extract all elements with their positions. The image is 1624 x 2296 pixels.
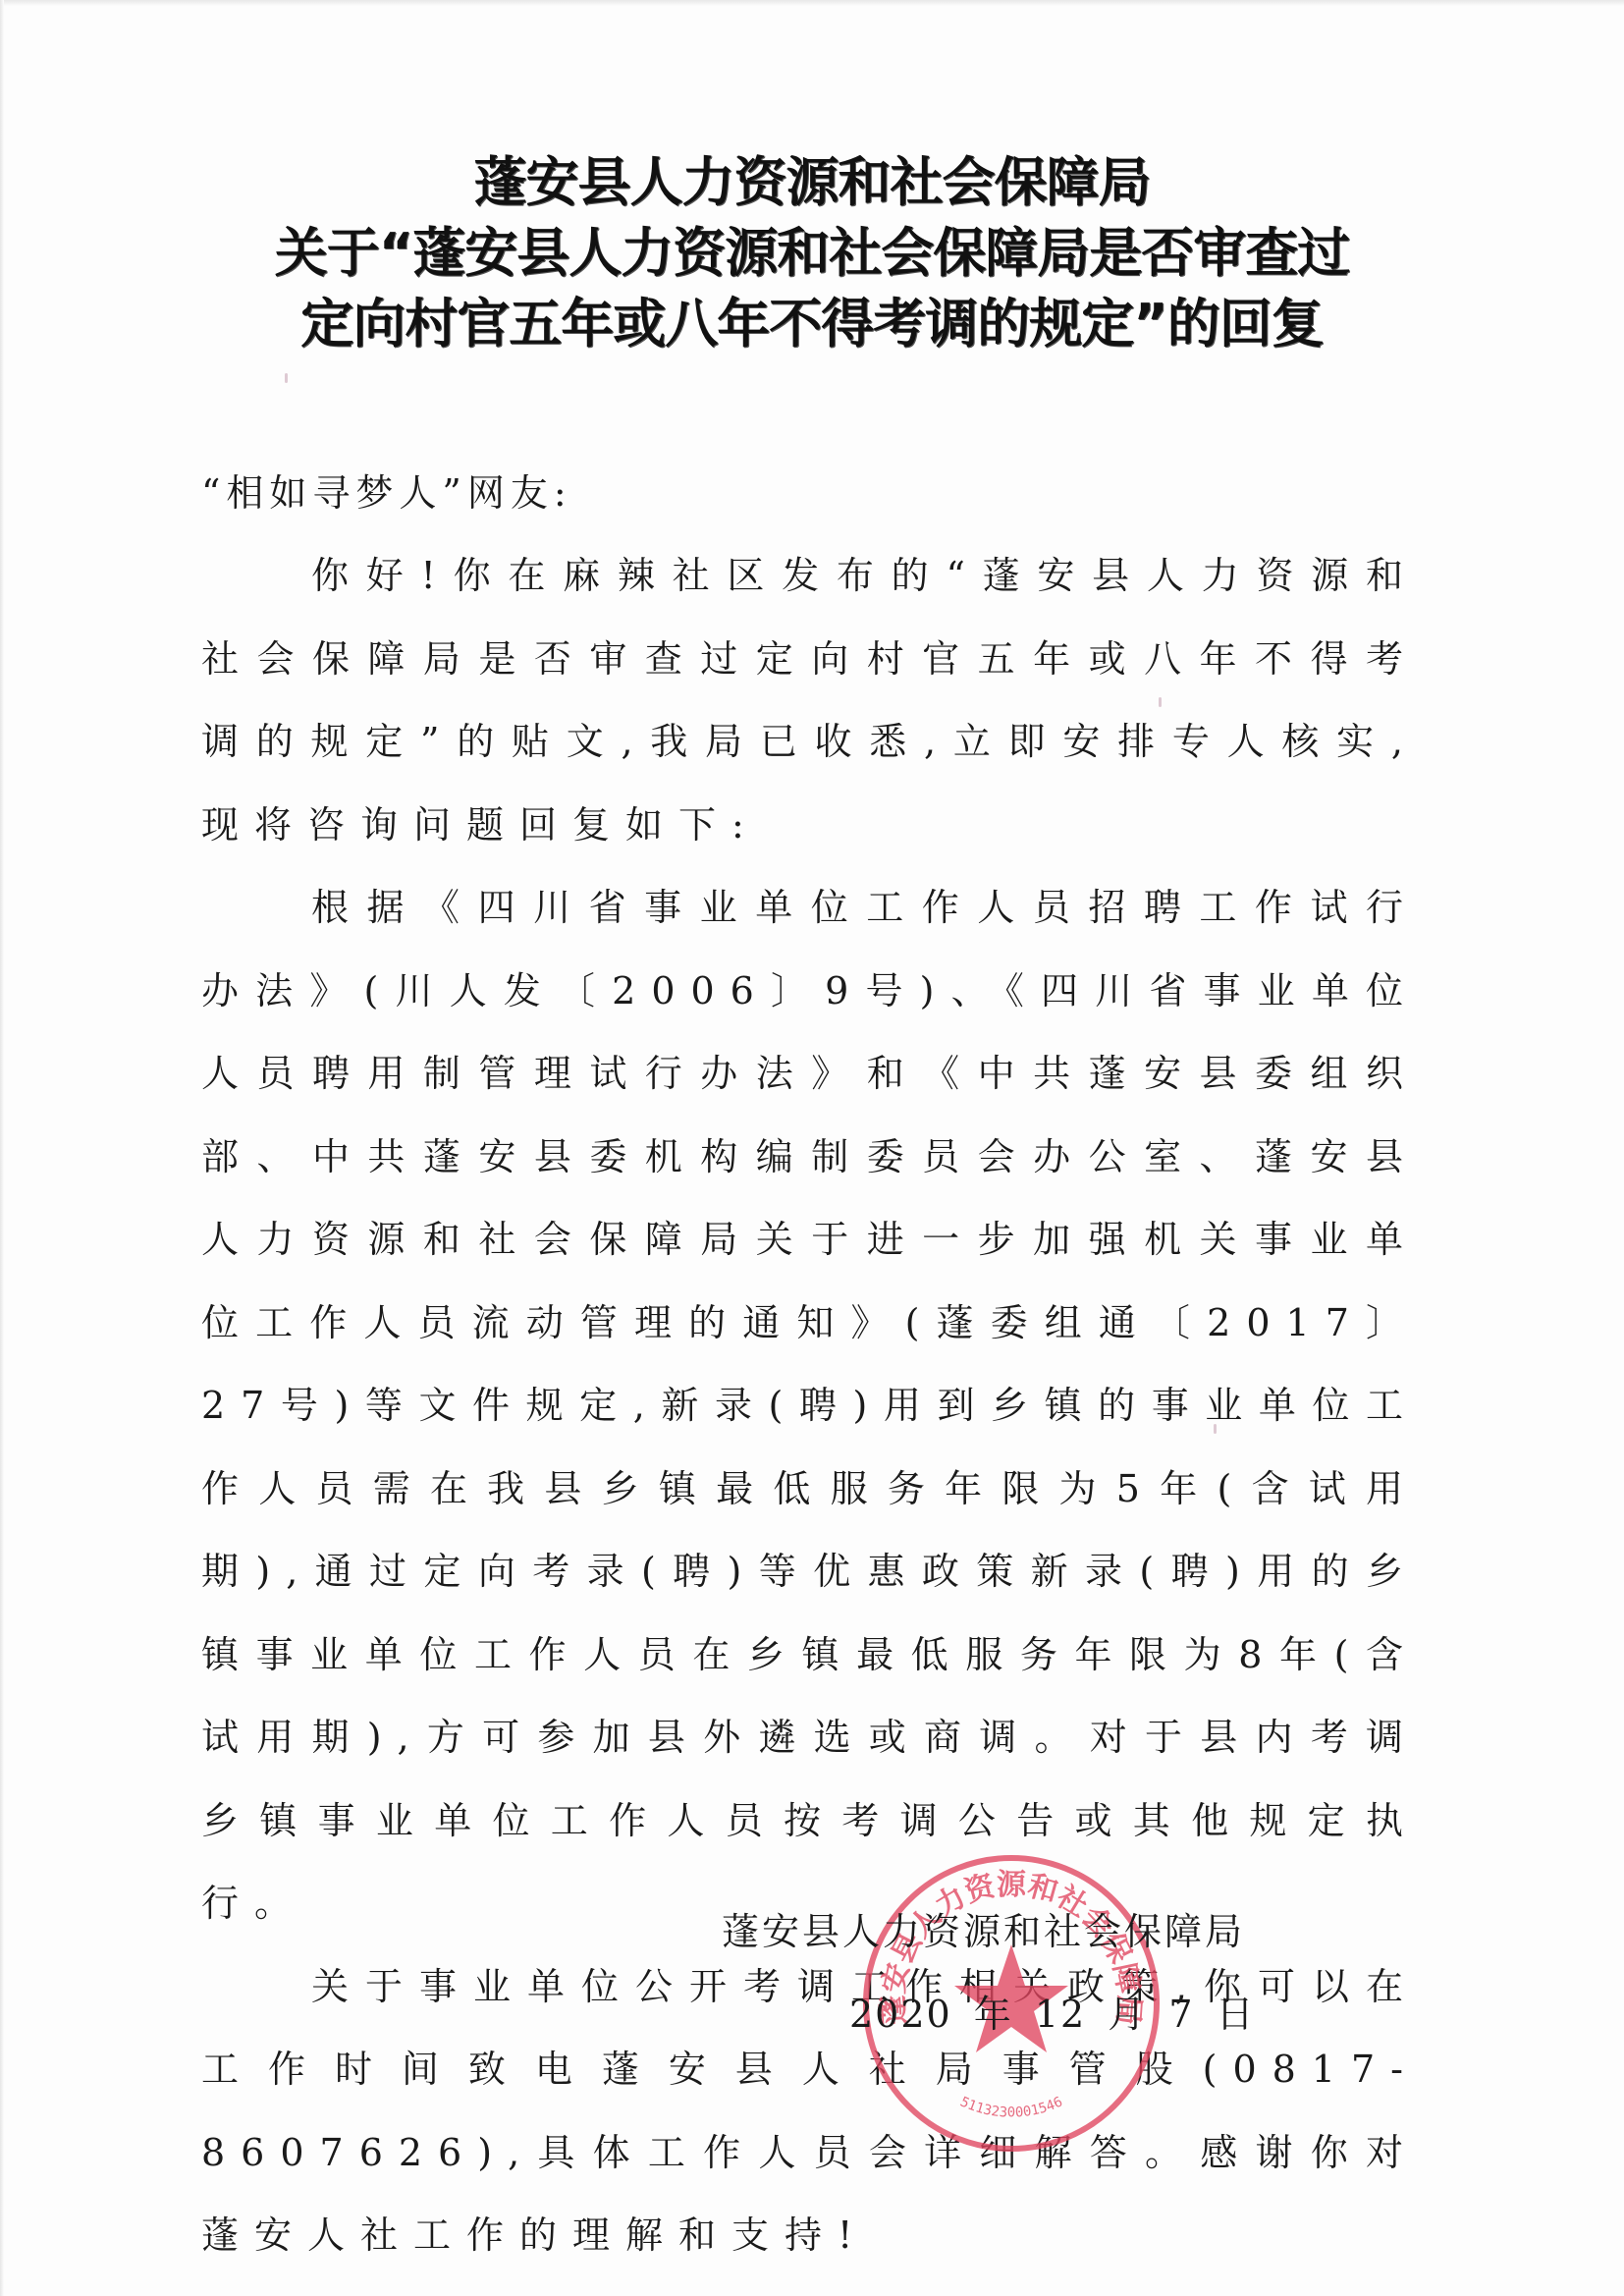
paragraph-greeting: 你好!你在麻辣社区发布的“蓬安县人力资源和社会保障局是否审查过定向村官五年或八年…	[201, 534, 1419, 866]
salutation: “相如寻梦人”网友:	[201, 452, 1419, 534]
seal-serial-number: 5113230001546	[957, 2094, 1064, 2120]
title-line-issuer: 蓬安县人力资源和社会保障局	[0, 147, 1624, 218]
signature-date: 2020 年 12 月 7 日	[849, 1993, 1311, 2036]
paragraph-regulations: 根据《四川省事业单位工作人员招聘工作试行办法》(川人发〔2006〕9号)、《四川…	[201, 866, 1419, 1945]
document-title: 蓬安县人力资源和社会保障局 关于“蓬安县人力资源和社会保障局是否审查过 定向村官…	[0, 147, 1624, 359]
title-line-subject-1: 关于“蓬安县人力资源和社会保障局是否审查过	[0, 218, 1624, 289]
signature-organization: 蓬安县人力资源和社会保障局	[722, 1910, 1311, 1953]
scan-speck	[285, 373, 288, 383]
title-line-subject-2: 定向村官五年或八年不得考调的规定”的回复	[0, 289, 1624, 359]
signature-block: 蓬安县人力资源和社会保障局 2020 年 12 月 7 日	[722, 1910, 1311, 2036]
scan-edge-top	[0, 0, 1624, 6]
svg-text:5113230001546: 5113230001546	[957, 2094, 1064, 2120]
